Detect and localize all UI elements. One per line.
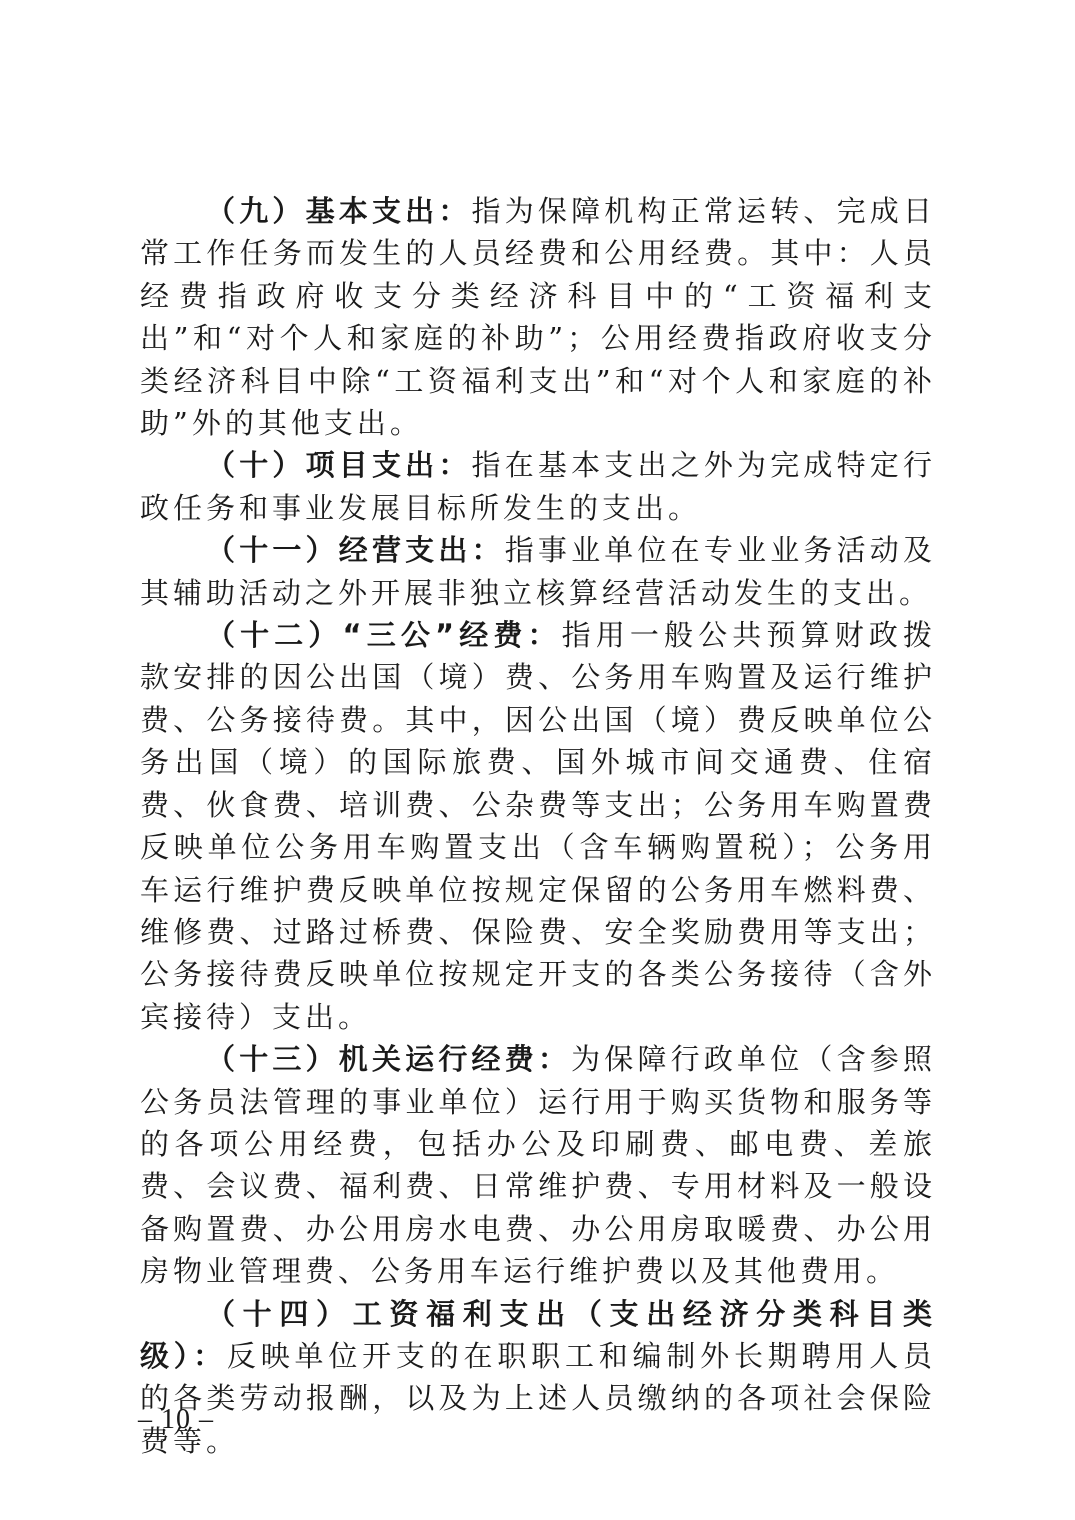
paragraph-operating-expenditure: （十一）经营支出：指事业单位在专业业务活动及其辅助活动之外开展非独立核算经营活动… (140, 529, 936, 614)
term-definition: 指为保障机构正常运转、完成日常工作任务而发生的人员经费和公用经费。其中：人员经费… (140, 194, 936, 440)
term-definition: 指用一般公共预算财政拨款安排的因公出国（境）费、公务用车购置及运行维护费、公务接… (140, 618, 936, 1034)
term-heading: （十二）“三公”经费： (206, 618, 562, 652)
term-heading: （十一）经营支出： (206, 533, 505, 567)
term-definition: 反映单位开支的在职职工和编制外长期聘用人员的各类劳动报酬，以及为上述人员缴纳的各… (140, 1339, 936, 1458)
paragraph-three-public-expenses: （十二）“三公”经费：指用一般公共预算财政拨款安排的因公出国（境）费、公务用车购… (140, 614, 936, 1038)
term-heading: （九）基本支出： (206, 194, 472, 228)
paragraph-basic-expenditure: （九）基本支出：指为保障机构正常运转、完成日常工作任务而发生的人员经费和公用经费… (140, 190, 936, 444)
document-body: （九）基本支出：指为保障机构正常运转、完成日常工作任务而发生的人员经费和公用经费… (140, 190, 936, 1462)
term-heading: （十）项目支出： (206, 448, 472, 482)
paragraph-agency-operating-funds: （十三）机关运行经费：为保障行政单位（含参照公务员法管理的事业单位）运行用于购买… (140, 1038, 936, 1292)
term-heading: （十三）机关运行经费： (206, 1042, 571, 1076)
paragraph-wages-welfare-expenditure: （十四）工资福利支出（支出经济分类科目类级）：反映单位开支的在职职工和编制外长期… (140, 1293, 936, 1463)
term-definition: 为保障行政单位（含参照公务员法管理的事业单位）运行用于购买货物和服务等的各项公用… (140, 1042, 936, 1288)
page-number: – 10 – (138, 1404, 214, 1436)
paragraph-project-expenditure: （十）项目支出：指在基本支出之外为完成特定行政任务和事业发展目标所发生的支出。 (140, 444, 936, 529)
